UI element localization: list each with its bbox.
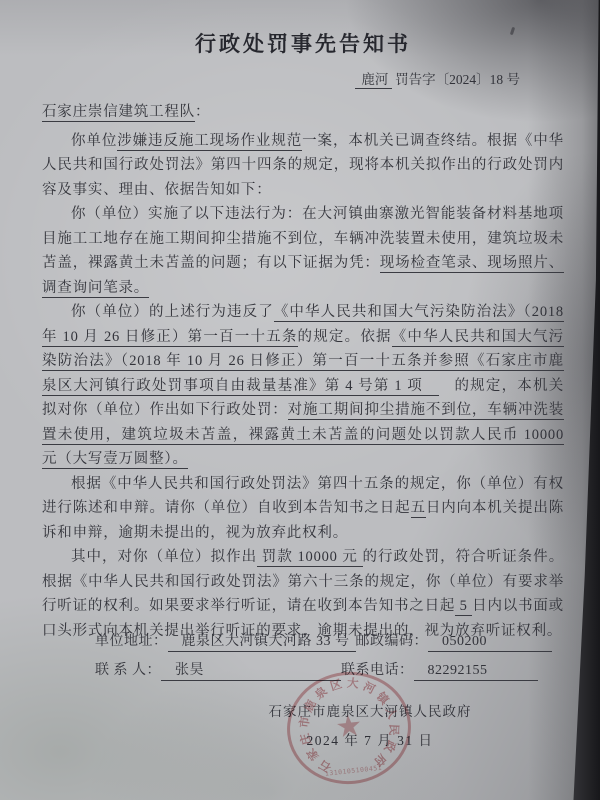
paragraph-hearing-rights: 其中，对你（单位）拟作出 罚款 10000 元 的行政处罚，符合听证条件。根据《… [42,545,564,643]
paragraph-violation-facts: 你（单位）实施了以下违法行为：在大河镇曲寨激光智能装备材料基地项目施工工地存在施… [42,202,564,300]
phone-value: 82292155 [414,663,538,681]
document-title: 行政处罚事先告知书 [42,28,564,58]
address-label: 单位地址： [95,634,168,649]
phone-label: 联系电话： [341,663,414,678]
postal-value: 050200 [428,634,552,652]
issuing-agency: 石家庄市鹿泉区大河镇人民政府 [266,700,474,720]
photographed-document: 行政处罚事先告知书 鹿河 罚告字〔2024〕18 号 石家庄崇信建筑工程队： 你… [0,0,600,800]
address-line: 单位地址：鹿泉区大河镇大河路 33 号邮政编码：050200 [95,630,552,652]
document-number: 鹿河 罚告字〔2024〕18 号 [42,68,564,88]
paragraphs: 你单位涉嫌违反施工现场作业规范一案，本机关已调查终结。根据《中华人民共和国行政处… [42,129,564,644]
contact-label: 联 系 人： [95,663,161,678]
issue-date: 2024 年 7 月 31 日 [266,729,474,749]
paragraph-statement-rights: 根据《中华人民共和国行政处罚法》第四十五条的规定，你（单位）有权进行陈述和申辩。… [42,472,564,546]
signature-block: 石家庄市鹿泉区大河镇人民政府 2024 年 7 月 31 日 [266,700,474,749]
contact-line: 联 系 人：张昊联系电话：82292155 [95,659,552,681]
postal-label: 邮政编码： [356,634,429,649]
contact-value: 张昊 [161,659,341,681]
recipient-line: 石家庄崇信建筑工程队： [42,100,564,125]
contact-footer: 单位地址：鹿泉区大河镇大河路 33 号邮政编码：050200 联 系 人：张昊联… [95,630,552,688]
address-value: 鹿泉区大河镇大河路 33 号 [168,630,356,652]
paragraph-case-summary: 你单位涉嫌违反施工现场作业规范一案，本机关已调查终结。根据《中华人民共和国行政处… [42,129,564,203]
paragraph-legal-basis-penalty: 你（单位）的上述行为违反了《中华人民共和国大气污染防治法》（2018 年 10 … [42,300,564,472]
